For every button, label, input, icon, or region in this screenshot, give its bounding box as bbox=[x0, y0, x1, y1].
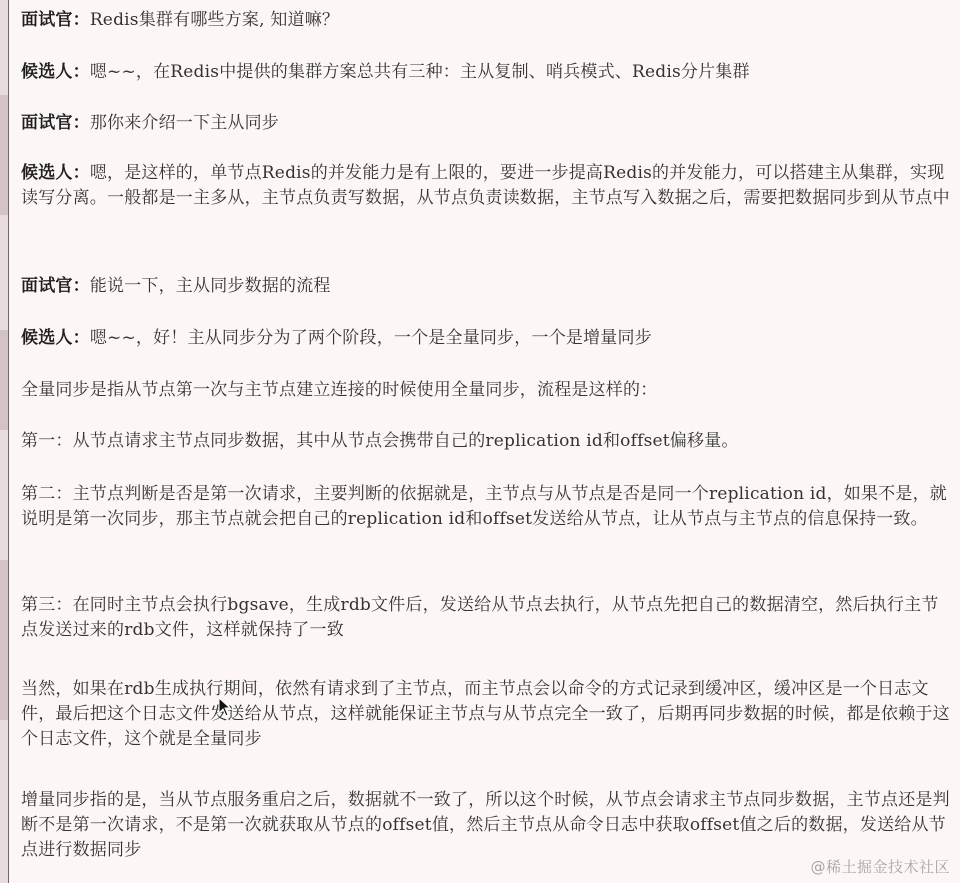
paragraph-text: 嗯~~，好！主从同步分为了两个阶段，一个是全量同步，一个是增量同步 bbox=[90, 328, 652, 348]
paragraph-text: 第三：在同时主节点会执行bgsave，生成rdb文件后，发送给从节点去执行，从节… bbox=[21, 595, 939, 640]
paragraph-text: 能说一下，主从同步数据的流程 bbox=[90, 276, 331, 296]
paragraph-text: 全量同步是指从节点第一次与主节点建立连接的时候使用全量同步，流程是这样的： bbox=[21, 380, 657, 400]
paragraph-candidate-answer-3: 候选人：嗯~~，好！主从同步分为了两个阶段，一个是全量同步，一个是增量同步 bbox=[21, 326, 951, 351]
paragraph-text: 增量同步指的是，当从节点服务重启之后，数据就不一致了，所以这个时候，从节点会请求… bbox=[21, 790, 950, 860]
paragraph-text: Redis集群有哪些方案, 知道嘛？ bbox=[90, 10, 339, 30]
speaker-label: 候选人： bbox=[21, 328, 90, 348]
paragraph-step-1: 第一：从节点请求主节点同步数据，其中从节点会携带自己的replication i… bbox=[21, 429, 951, 454]
speaker-label: 面试官： bbox=[21, 10, 90, 30]
paragraph-full-sync-intro: 全量同步是指从节点第一次与主节点建立连接的时候使用全量同步，流程是这样的： bbox=[21, 378, 951, 403]
paragraph-step-2: 第二：主节点判断是否是第一次请求，主要判断的依据就是，主节点与从节点是否是同一个… bbox=[21, 482, 951, 532]
gutter-segment bbox=[0, 330, 8, 430]
paragraph-interviewer-question-1: 面试官：Redis集群有哪些方案, 知道嘛？ bbox=[21, 8, 951, 33]
gutter-segment bbox=[0, 560, 8, 720]
paragraph-buffer-note: 当然，如果在rdb生成执行期间，依然有请求到了主节点，而主节点会以命令的方式记录… bbox=[21, 677, 951, 752]
paragraph-text: 那你来介绍一下主从同步 bbox=[90, 113, 279, 133]
paragraph-interviewer-question-3: 面试官：能说一下，主从同步数据的流程 bbox=[21, 274, 951, 299]
paragraph-text: 第二：主节点判断是否是第一次请求，主要判断的依据就是，主节点与从节点是否是同一个… bbox=[21, 484, 947, 529]
speaker-label: 面试官： bbox=[21, 276, 90, 296]
left-window-edge bbox=[0, 0, 9, 883]
paragraph-text: 当然，如果在rdb生成执行期间，依然有请求到了主节点，而主节点会以命令的方式记录… bbox=[21, 679, 950, 749]
speaker-label: 面试官： bbox=[21, 113, 90, 133]
paragraph-interviewer-question-2: 面试官：那你来介绍一下主从同步 bbox=[21, 111, 951, 136]
paragraph-candidate-answer-1: 候选人：嗯~~，在Redis中提供的集群方案总共有三种：主从复制、哨兵模式、Re… bbox=[21, 60, 951, 85]
mouse-cursor-icon bbox=[218, 697, 232, 717]
paragraph-text: 嗯~~，在Redis中提供的集群方案总共有三种：主从复制、哨兵模式、Redis分… bbox=[90, 62, 750, 82]
speaker-label: 候选人： bbox=[21, 163, 90, 183]
paragraph-step-3: 第三：在同时主节点会执行bgsave，生成rdb文件后，发送给从节点去执行，从节… bbox=[21, 593, 951, 643]
speaker-label: 候选人： bbox=[21, 62, 90, 82]
paragraph-candidate-answer-2: 候选人：嗯，是这样的，单节点Redis的并发能力是有上限的，要进一步提高Redi… bbox=[21, 161, 951, 211]
paragraph-incremental-sync: 增量同步指的是，当从节点服务重启之后，数据就不一致了，所以这个时候，从节点会请求… bbox=[21, 788, 951, 863]
watermark: @稀土掘金技术社区 bbox=[810, 856, 950, 877]
paragraph-text: 第一：从节点请求主节点同步数据，其中从节点会携带自己的replication i… bbox=[21, 431, 739, 451]
paragraph-text: 嗯，是这样的，单节点Redis的并发能力是有上限的，要进一步提高Redis的并发… bbox=[21, 163, 950, 208]
gutter-segment bbox=[0, 95, 8, 215]
